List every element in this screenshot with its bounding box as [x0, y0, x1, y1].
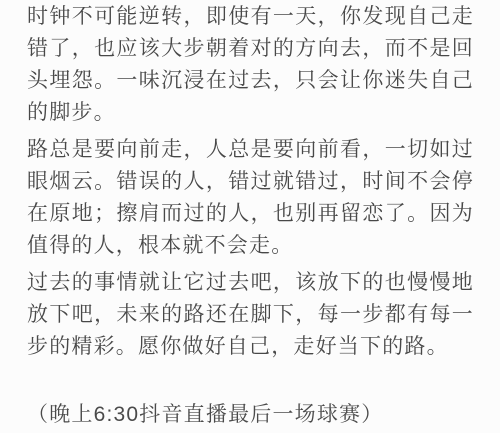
paragraph-road-moves-forward: 路总是要向前走，人总是要向前看，一切如过眼烟云。错误的人，错过就错过，时间不会停… [27, 134, 474, 262]
paragraph-clock-cannot-reverse: 时钟不可能逆转，即使有一天，你发现自己走错了，也应该大步朝着对的方向去，而不是回… [27, 1, 474, 129]
paragraph-let-the-past-go: 过去的事情就让它过去吧，该放下的也慢慢地放下吧，未来的路还在脚下，每一步都有每一… [27, 267, 474, 363]
footer-livestream-note: （晚上6:30抖音直播最后一场球赛） [27, 399, 474, 431]
quote-text-image: 时钟不可能逆转，即使有一天，你发现自己走错了，也应该大步朝着对的方向去，而不是回… [0, 0, 500, 433]
